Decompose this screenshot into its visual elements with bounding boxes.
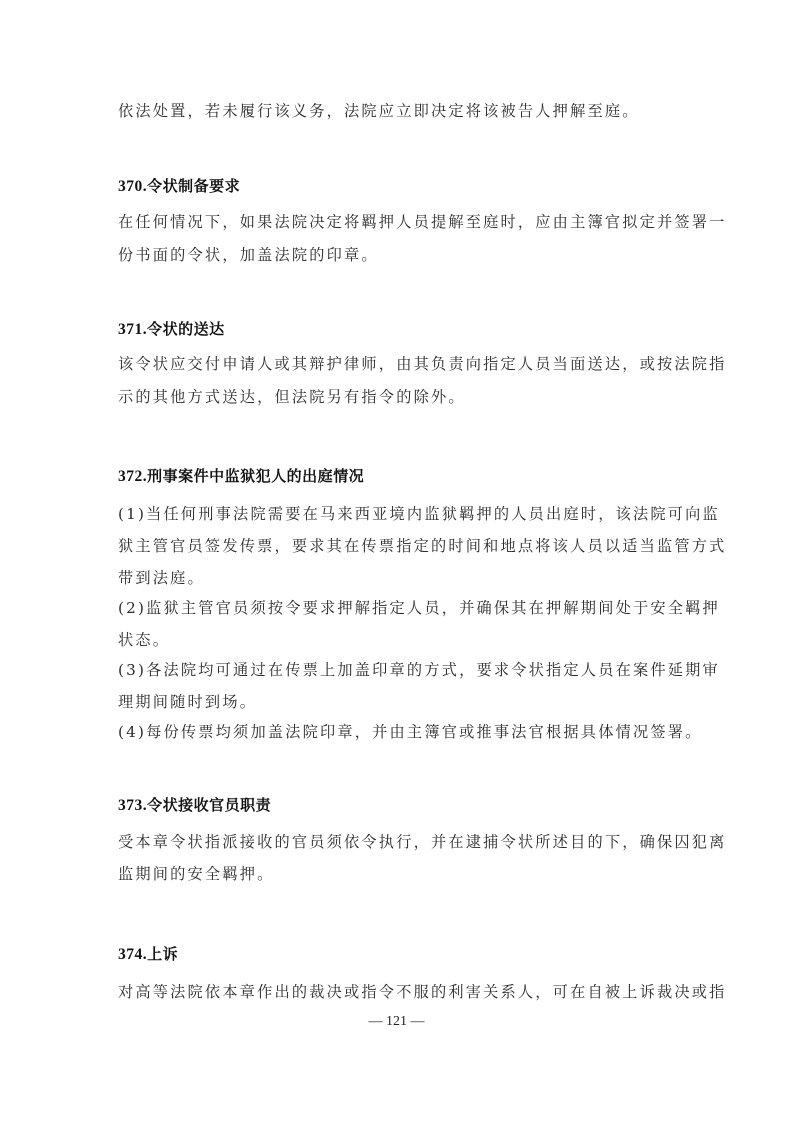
section-title: 上诉 <box>147 945 178 963</box>
paragraph-line: 带到法庭。 <box>118 568 674 588</box>
section-number: 370. <box>118 178 147 195</box>
section-heading-372: 372.刑事案件中监狱犯人的出庭情况 <box>118 466 674 487</box>
paragraph-line: 在任何情况下，如果法院决定将羁押人员提解至庭时，应由主簿官拟定并签署一 <box>118 212 674 232</box>
paragraph-line: 监期间的安全羁押。 <box>118 864 674 884</box>
section-number: 373. <box>118 797 147 814</box>
continuation-text: 依法处置，若未履行该义务，法院应立即决定将该被告人押解至庭。 <box>118 101 674 121</box>
section-title: 令状制备要求 <box>147 177 240 195</box>
section-title: 刑事案件中监狱犯人的出庭情况 <box>147 467 364 485</box>
section-heading-370: 370.令状制备要求 <box>118 176 674 197</box>
paragraph-line: (3)各法院均可通过在传票上加盖印章的方式，要求令状指定人员在案件延期审 <box>118 660 674 680</box>
section-heading-373: 373.令状接收官员职责 <box>118 795 674 816</box>
section-heading-374: 374.上诉 <box>118 944 674 965</box>
section-title: 令状的送达 <box>147 320 225 338</box>
paragraph-line: (1)当任何刑事法院需要在马来西亚境内监狱羁押的人员出庭时，该法院可向监 <box>118 504 674 524</box>
paragraph-line: 该令状应交付申请人或其辩护律师，由其负责向指定人员当面送达，或按法院指 <box>118 354 674 374</box>
section-number: 371. <box>118 321 147 338</box>
paragraph-line: 受本章令状指派接收的官员须依令执行，并在逮捕令状所述目的下，确保囚犯离 <box>118 832 674 852</box>
paragraph-line: 示的其他方式送达，但法院另有指令的除外。 <box>118 387 674 407</box>
section-number: 372. <box>118 468 147 485</box>
section-title: 令状接收官员职责 <box>147 796 271 814</box>
paragraph-line: 狱主管官员签发传票，要求其在传票指定的时间和地点将该人员以适当监管方式 <box>118 536 674 556</box>
section-number: 374. <box>118 946 147 963</box>
paragraph-line: 对高等法院依本章作出的裁决或指令不服的利害关系人，可在自被上诉裁决或指 <box>118 982 674 1002</box>
paragraph-line: (2)监狱主管官员须按令要求押解指定人员，并确保其在押解期间处于安全羁押 <box>118 598 674 618</box>
paragraph-line: 理期间随时到场。 <box>118 692 674 712</box>
section-heading-371: 371.令状的送达 <box>118 319 674 340</box>
paragraph-line: (4)每份传票均须加盖法院印章，并由主簿官或推事法官根据具体情况签署。 <box>118 722 674 742</box>
paragraph-line: 份书面的令状，加盖法院的印章。 <box>118 245 674 265</box>
paragraph-line: 状态。 <box>118 630 674 650</box>
page-number: — 121 — <box>0 1014 793 1030</box>
